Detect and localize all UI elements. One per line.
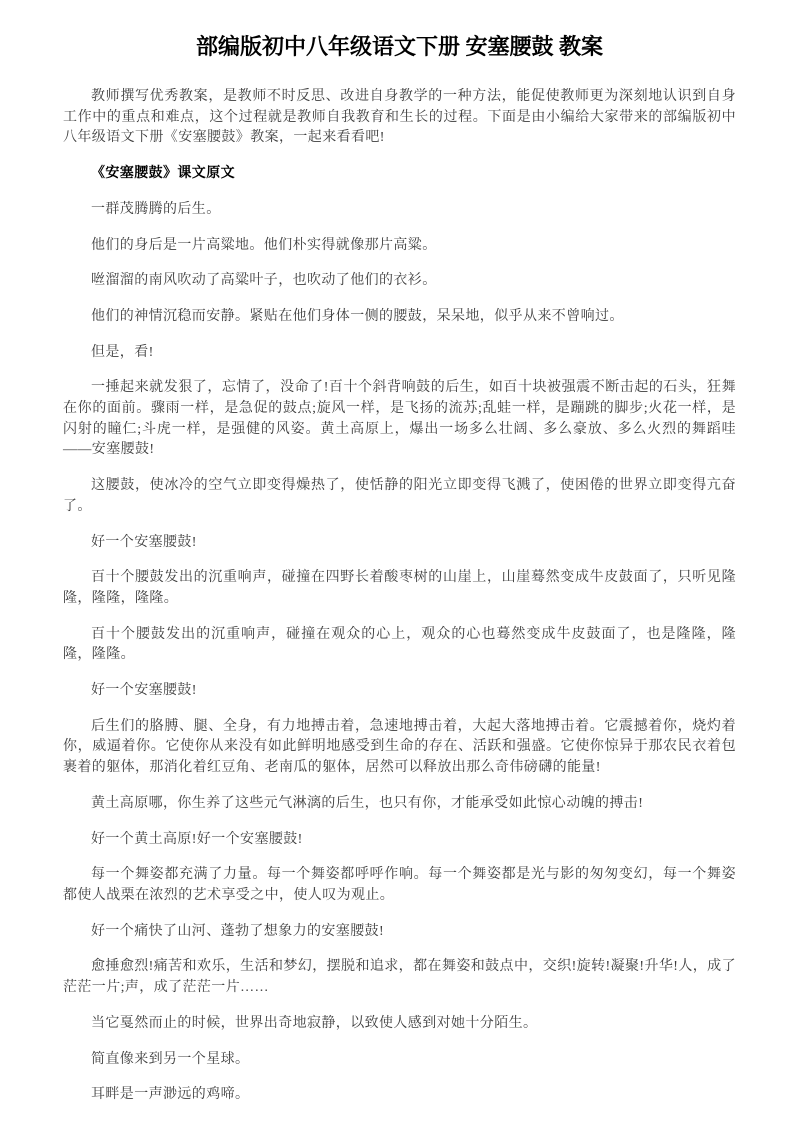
paragraph: 百十个腰鼓发出的沉重响声，碰撞在观众的心上，观众的心也蓦然变成牛皮鼓面了，也是隆… bbox=[63, 625, 736, 666]
paragraph: 好一个安塞腰鼓! bbox=[63, 681, 736, 702]
paragraph: 他们的神情沉稳而安静。紧贴在他们身体一侧的腰鼓，呆呆地，似乎从来不曾响过。 bbox=[63, 307, 736, 328]
document-body: 一群茂腾腾的后生。他们的身后是一片高粱地。他们朴实得就像那片高粱。咝溜溜的南风吹… bbox=[63, 200, 736, 1106]
paragraph: 但是，看! bbox=[63, 343, 736, 364]
paragraph: 好一个黄土高原!好一个安塞腰鼓! bbox=[63, 830, 736, 851]
paragraph: 一群茂腾腾的后生。 bbox=[63, 200, 736, 221]
paragraph: 每一个舞姿都充满了力量。每一个舞姿都呼呼作响。每一个舞姿都是光与影的匆匆变幻，每… bbox=[63, 865, 736, 906]
page-title: 部编版初中八年级语文下册 安塞腰鼓 教案 bbox=[63, 33, 736, 61]
paragraph: 愈捶愈烈!痛苦和欢乐，生活和梦幻，摆脱和追求，都在舞姿和鼓点中，交织!旋转!凝聚… bbox=[63, 957, 736, 998]
paragraph: 黄土高原哪，你生养了这些元气淋漓的后生，也只有你，才能承受如此惊心动魄的搏击! bbox=[63, 794, 736, 815]
intro-paragraph: 教师撰写优秀教案，是教师不时反思、改进自身教学的一种方法，能促使教师更为深刻地认… bbox=[63, 87, 736, 149]
paragraph: 好一个痛快了山河、蓬勃了想象力的安塞腰鼓! bbox=[63, 922, 736, 943]
paragraph: 后生们的胳膊、腿、全身，有力地搏击着，急速地搏击着，大起大落地搏击着。它震撼着你… bbox=[63, 717, 736, 779]
document-page: 部编版初中八年级语文下册 安塞腰鼓 教案 教师撰写优秀教案，是教师不时反思、改进… bbox=[0, 0, 794, 1123]
paragraph: 好一个安塞腰鼓! bbox=[63, 533, 736, 554]
paragraph: 当它戛然而止的时候，世界出奇地寂静，以致使人感到对她十分陌生。 bbox=[63, 1014, 736, 1035]
paragraph: 咝溜溜的南风吹动了高粱叶子，也吹动了他们的衣衫。 bbox=[63, 271, 736, 292]
paragraph: 这腰鼓，使冰冷的空气立即变得燥热了，使恬静的阳光立即变得飞溅了，使困倦的世界立即… bbox=[63, 476, 736, 517]
section-heading: 《安塞腰鼓》课文原文 bbox=[63, 164, 736, 185]
paragraph: 一捶起来就发狠了，忘情了，没命了!百十个斜背响鼓的后生，如百十块被强震不断击起的… bbox=[63, 378, 736, 461]
paragraph: 他们的身后是一片高粱地。他们朴实得就像那片高粱。 bbox=[63, 236, 736, 257]
paragraph: 百十个腰鼓发出的沉重响声，碰撞在四野长着酸枣树的山崖上，山崖蓦然变成牛皮鼓面了，… bbox=[63, 568, 736, 609]
paragraph: 耳畔是一声渺远的鸡啼。 bbox=[63, 1085, 736, 1106]
paragraph: 简直像来到另一个星球。 bbox=[63, 1050, 736, 1071]
